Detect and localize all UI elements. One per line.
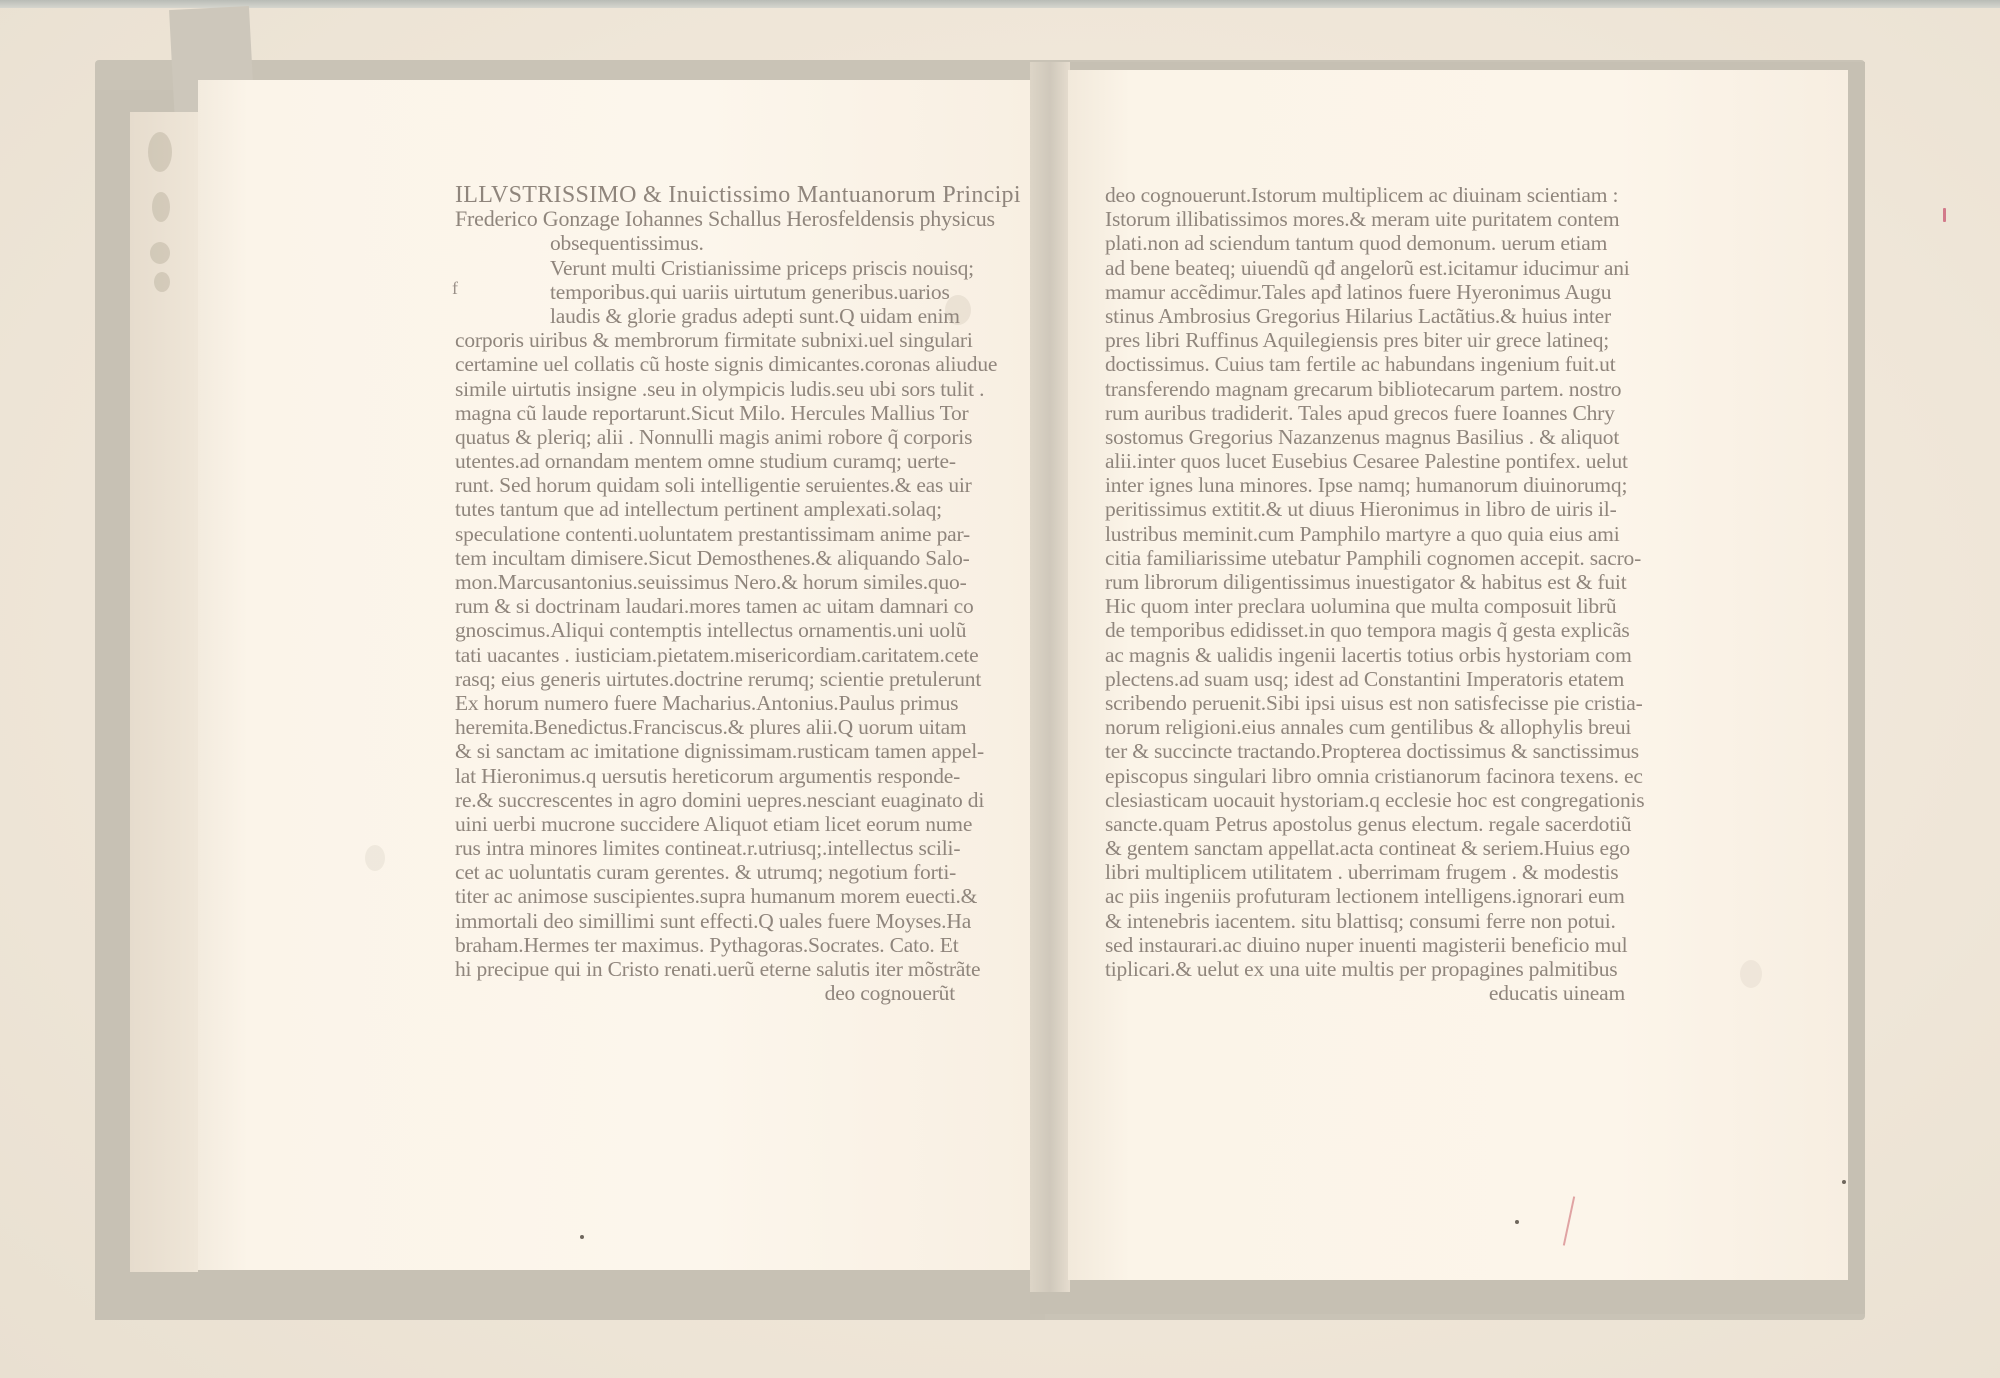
text-line: gnoscimus.Aliqui contemptis intellectus … (455, 618, 955, 642)
text-line: heremita.Benedictus.Franciscus.& plures … (455, 715, 955, 739)
text-line: hi precipue qui in Cristo renati.uerũ et… (455, 957, 955, 981)
text-line: rus intra minores limites contineat.r.ut… (455, 836, 955, 860)
text-line: inter ignes luna minores. Ipse namq; hum… (1105, 473, 1625, 497)
text-line: Hic quom inter preclara uolumina que mul… (1105, 594, 1625, 618)
catchword: educatis uineam (1105, 981, 1625, 1005)
text-line: rum & si doctrinam laudari.mores tamen a… (455, 594, 955, 618)
text-line: runt. Sed horum quidam soli intelligenti… (455, 473, 955, 497)
dedication-heading-line: obsequentissimus. (455, 231, 955, 255)
text-line: doctissimus. Cuius tam fertile ac habund… (1105, 352, 1625, 376)
text-line: cet ac uoluntatis curam gerentes. & utru… (455, 860, 955, 884)
text-line: plati.non ad sciendum tantum quod demonu… (1105, 231, 1625, 255)
text-line: lat Hieronimus.q uersutis hereticorum ar… (455, 764, 955, 788)
text-line: lustribus meminit.cum Pamphilo martyre a… (1105, 522, 1625, 546)
right-page-text: deo cognouerunt.Istorum multiplicem ac d… (1105, 183, 1625, 1005)
speck (1842, 1180, 1846, 1184)
left-page-edge (130, 112, 198, 1272)
dedication-heading-line: Frederico Gonzage Iohannes Schallus Hero… (455, 207, 955, 231)
text-line: & si sanctam ac imitatione dignissimam.r… (455, 739, 955, 763)
text-line: tem incultam dimisere.Sicut Demosthenes.… (455, 546, 955, 570)
text-line: alii.inter quos lucet Eusebius Cesaree P… (1105, 449, 1625, 473)
text-line: & gentem sanctam appellat.acta contineat… (1105, 836, 1625, 860)
text-line: certamine uel collatis cũ hoste signis d… (455, 352, 955, 376)
text-line: temporibus.qui uariis uirtutum generibus… (455, 280, 955, 304)
text-line: stinus Ambrosius Gregorius Hilarius Lact… (1105, 304, 1625, 328)
text-line: tiplicari.& uelut ex una uite multis per… (1105, 957, 1625, 981)
text-line: uini uerbi mucrone succidere Aliquot eti… (455, 812, 955, 836)
red-ink-mark (1943, 208, 1946, 222)
catchword: deo cognouerũt (455, 981, 955, 1005)
text-line: tutes tantum que ad intellectum pertinen… (455, 497, 955, 521)
text-line: Istorum illibatissimos mores.& meram uit… (1105, 207, 1625, 231)
speck (1515, 1220, 1519, 1224)
text-line: scribendo peruenit.Sibi ipsi uisus est n… (1105, 691, 1625, 715)
text-line: Verunt multi Cristianissime priceps pris… (455, 256, 955, 280)
left-page-text: ILLVSTRISSIMO & Inuictissimo Mantuanorum… (455, 183, 955, 1005)
text-line: speculatione contenti.uoluntatem prestan… (455, 522, 955, 546)
text-line: simile uirtutis insigne .seu in olympici… (455, 377, 955, 401)
text-line: deo cognouerunt.Istorum multiplicem ac d… (1105, 183, 1625, 207)
text-line: peritissimus extitit.& ut diuus Hieronim… (1105, 497, 1625, 521)
text-line: plectens.ad suam usq; idest ad Constanti… (1105, 667, 1625, 691)
text-line: pres libri Ruffinus Aquilegiensis pres b… (1105, 328, 1625, 352)
stain (148, 132, 172, 172)
text-line: sed instaurari.ac diuino nuper inuenti m… (1105, 933, 1625, 957)
text-line: rum auribus tradiderit. Tales apud greco… (1105, 401, 1625, 425)
text-line: rum librorum diligentissimus inuestigato… (1105, 570, 1625, 594)
stain (150, 242, 170, 264)
stain (365, 845, 385, 871)
text-line: re.& succrescentes in agro domini uepres… (455, 788, 955, 812)
dedication-heading-line: ILLVSTRISSIMO & Inuictissimo Mantuanorum… (455, 183, 955, 207)
text-line: ter & succincte tractando.Propterea doct… (1105, 739, 1625, 763)
text-line: magna cũ laude reportarunt.Sicut Milo. H… (455, 401, 955, 425)
text-line: mon.Marcusantonius.seuissimus Nero.& hor… (455, 570, 955, 594)
text-line: transferendo magnam grecarum bibliotecar… (1105, 377, 1625, 401)
text-line: libri multiplicem utilitatem . uberrimam… (1105, 860, 1625, 884)
text-line: sancte.quam Petrus apostolus genus elect… (1105, 812, 1625, 836)
stain (152, 192, 170, 222)
text-line: norum religioni.eius annales cum gentili… (1105, 715, 1625, 739)
text-line: clesiasticam uocauit hystoriam.q ecclesi… (1105, 788, 1625, 812)
text-line: ad bene beateq; uiuendũ qđ angelorũ est.… (1105, 256, 1625, 280)
text-line: Ex horum numero fuere Macharius.Antonius… (455, 691, 955, 715)
text-line: quatus & pleriq; alii . Nonnulli magis a… (455, 425, 955, 449)
stain (154, 272, 170, 292)
text-line: braham.Hermes ter maximus. Pythagoras.So… (455, 933, 955, 957)
speck (580, 1235, 584, 1239)
text-line: corporis uiribus & membrorum firmitate s… (455, 328, 955, 352)
text-line: immortali deo simillimi sunt effecti.Q u… (455, 909, 955, 933)
text-line: episcopus singulari libro omnia cristian… (1105, 764, 1625, 788)
text-line: rasq; eius generis uirtutes.doctrine rer… (455, 667, 955, 691)
text-line: de temporibus edidisset.in quo tempora m… (1105, 618, 1625, 642)
stain (1740, 960, 1762, 988)
text-line: ac magnis & ualidis ingenii lacertis tot… (1105, 643, 1625, 667)
text-line: sostomus Gregorius Nazanzenus magnus Bas… (1105, 425, 1625, 449)
text-line: ac piis ingeniis profuturam lectionem in… (1105, 884, 1625, 908)
text-line: titer ac animose suscipientes.supra huma… (455, 884, 955, 908)
text-line: utentes.ad ornandam mentem omne studium … (455, 449, 955, 473)
book-gutter (1030, 62, 1070, 1292)
text-line: laudis & glorie gradus adepti sunt.Q uid… (455, 304, 955, 328)
text-line: & intenebris iacentem. situ blattisq; co… (1105, 909, 1625, 933)
text-line: tati uacantes . iusticiam.pietatem.miser… (455, 643, 955, 667)
text-line: citia familiarissime utebatur Pamphili c… (1105, 546, 1625, 570)
text-line: mamur accẽdimur.Tales apđ latinos fuere … (1105, 280, 1625, 304)
